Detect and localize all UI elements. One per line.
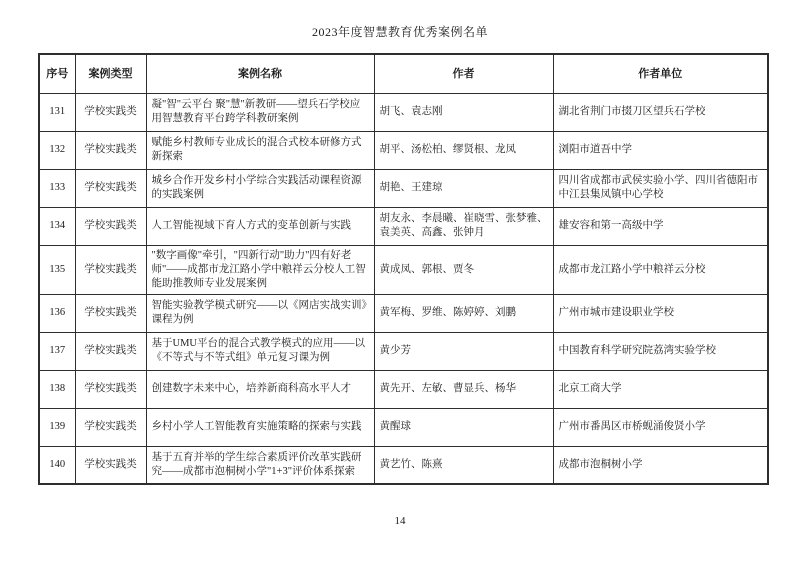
- author-org-cell: 成都市龙江路小学中粮祥云分校: [553, 245, 768, 294]
- case-type-cell: 学校实践类: [75, 169, 146, 207]
- header-case-name: 案例名称: [146, 54, 374, 93]
- author-org-cell: 浏阳市道吾中学: [553, 131, 768, 169]
- case-name-cell: 创建数字未来中心，培养新商科高水平人才: [146, 370, 374, 408]
- authors-cell: 黄军梅、罗维、陈婷婷、刘鹏: [374, 294, 553, 332]
- serial-number-cell: 132: [39, 131, 75, 169]
- doc-title: 2023年度智慧教育优秀案例名单: [0, 0, 800, 40]
- table-row: 131学校实践类凝"智"云平台 聚"慧"新教研——望兵石学校应用智慧教育平台跨学…: [39, 93, 768, 131]
- authors-cell: 黄成凤、郭根、贾冬: [374, 245, 553, 294]
- serial-number-cell: 137: [39, 332, 75, 370]
- case-type-cell: 学校实践类: [75, 294, 146, 332]
- table-row: 139学校实践类乡村小学人工智能教育实施策略的探索与实践黄醒球广州市番禺区市桥蚬…: [39, 408, 768, 446]
- serial-number-cell: 138: [39, 370, 75, 408]
- table-row: 133学校实践类城乡合作开发乡村小学综合实践活动课程资源的实践案例胡艳、王建琼四…: [39, 169, 768, 207]
- author-org-cell: 雄安容和第一高级中学: [553, 207, 768, 245]
- header-authors: 作者: [374, 54, 553, 93]
- authors-cell: 黄少芳: [374, 332, 553, 370]
- author-org-cell: 广州市番禺区市桥蚬涌俊贤小学: [553, 408, 768, 446]
- case-name-cell: 城乡合作开发乡村小学综合实践活动课程资源的实践案例: [146, 169, 374, 207]
- header-serial-number: 序号: [39, 54, 75, 93]
- author-org-cell: 成都市泡桐树小学: [553, 446, 768, 484]
- serial-number-cell: 136: [39, 294, 75, 332]
- table-row: 140学校实践类基于五育并举的学生综合素质评价改革实践研究——成都市泡桐树小学"…: [39, 446, 768, 484]
- authors-cell: 黄先开、左敏、曹显兵、杨华: [374, 370, 553, 408]
- table-row: 136学校实践类智能实验教学模式研究——以《网店实战实训》课程为例黄军梅、罗维、…: [39, 294, 768, 332]
- serial-number-cell: 134: [39, 207, 75, 245]
- case-type-cell: 学校实践类: [75, 245, 146, 294]
- serial-number-cell: 135: [39, 245, 75, 294]
- case-type-cell: 学校实践类: [75, 408, 146, 446]
- case-name-cell: 乡村小学人工智能教育实施策略的探索与实践: [146, 408, 374, 446]
- case-name-cell: 基于UMU平台的混合式教学模式的应用——以《不等式与不等式组》单元复习课为例: [146, 332, 374, 370]
- header-author-org: 作者单位: [553, 54, 768, 93]
- case-name-cell: "数字画像"牵引，"四新行动"助力"四有好老师"——成都市龙江路小学中粮祥云分校…: [146, 245, 374, 294]
- author-org-cell: 四川省成都市武侯实验小学、四川省德阳市中江县集凤镇中心学校: [553, 169, 768, 207]
- case-name-cell: 人工智能视域下育人方式的变革创新与实践: [146, 207, 374, 245]
- table-row: 134学校实践类人工智能视域下育人方式的变革创新与实践胡友永、李晨曦、崔晓雪、张…: [39, 207, 768, 245]
- case-name-cell: 基于五育并举的学生综合素质评价改革实践研究——成都市泡桐树小学"1+3"评价体系…: [146, 446, 374, 484]
- header-case-type: 案例类型: [75, 54, 146, 93]
- case-name-cell: 赋能乡村教师专业成长的混合式校本研修方式新探索: [146, 131, 374, 169]
- table-row: 132学校实践类赋能乡村教师专业成长的混合式校本研修方式新探索胡平、汤松柏、缪贤…: [39, 131, 768, 169]
- serial-number-cell: 131: [39, 93, 75, 131]
- author-org-cell: 广州市城市建设职业学校: [553, 294, 768, 332]
- case-type-cell: 学校实践类: [75, 93, 146, 131]
- table-row: 138学校实践类创建数字未来中心，培养新商科高水平人才黄先开、左敏、曹显兵、杨华…: [39, 370, 768, 408]
- authors-cell: 胡平、汤松柏、缪贤根、龙凤: [374, 131, 553, 169]
- table-row: 137学校实践类基于UMU平台的混合式教学模式的应用——以《不等式与不等式组》单…: [39, 332, 768, 370]
- case-name-cell: 凝"智"云平台 聚"慧"新教研——望兵石学校应用智慧教育平台跨学科教研案例: [146, 93, 374, 131]
- authors-cell: 黄艺竹、陈熹: [374, 446, 553, 484]
- table-row: 135学校实践类"数字画像"牵引，"四新行动"助力"四有好老师"——成都市龙江路…: [39, 245, 768, 294]
- case-name-cell: 智能实验教学模式研究——以《网店实战实训》课程为例: [146, 294, 374, 332]
- serial-number-cell: 133: [39, 169, 75, 207]
- case-type-cell: 学校实践类: [75, 207, 146, 245]
- authors-cell: 胡艳、王建琼: [374, 169, 553, 207]
- serial-number-cell: 140: [39, 446, 75, 484]
- table-header-row: 序号 案例类型 案例名称 作者 作者单位: [39, 54, 768, 93]
- case-table: 序号 案例类型 案例名称 作者 作者单位 131学校实践类凝"智"云平台 聚"慧…: [38, 53, 769, 485]
- author-org-cell: 北京工商大学: [553, 370, 768, 408]
- case-table-body: 131学校实践类凝"智"云平台 聚"慧"新教研——望兵石学校应用智慧教育平台跨学…: [39, 93, 768, 484]
- page-number: 14: [0, 515, 800, 527]
- authors-cell: 胡友永、李晨曦、崔晓雪、张梦雅、袁美英、高鑫、张钟月: [374, 207, 553, 245]
- serial-number-cell: 139: [39, 408, 75, 446]
- case-type-cell: 学校实践类: [75, 131, 146, 169]
- author-org-cell: 湖北省荆门市掇刀区望兵石学校: [553, 93, 768, 131]
- case-type-cell: 学校实践类: [75, 370, 146, 408]
- case-type-cell: 学校实践类: [75, 446, 146, 484]
- authors-cell: 黄醒球: [374, 408, 553, 446]
- case-type-cell: 学校实践类: [75, 332, 146, 370]
- author-org-cell: 中国教育科学研究院荔湾实验学校: [553, 332, 768, 370]
- authors-cell: 胡飞、袁志刚: [374, 93, 553, 131]
